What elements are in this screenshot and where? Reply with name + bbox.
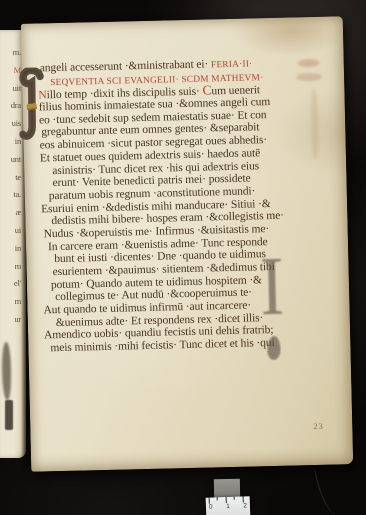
ruler-numbers: 012: [209, 502, 247, 510]
manuscript-page: angeli accesserunt ·&ministrabant ei· FE…: [21, 16, 353, 471]
edge-fragment: el': [1, 275, 21, 293]
edge-fragment: ta.: [1, 186, 21, 204]
edge-fragment: æ: [1, 204, 21, 222]
offset-initial-mark: I: [256, 250, 289, 369]
text-segment: C: [202, 83, 211, 98]
facing-page-ink-mark: [5, 400, 13, 430]
edge-fragment: m: [1, 258, 21, 276]
edge-fragment: in: [1, 133, 21, 151]
ruler-number: 2: [243, 502, 247, 509]
folio-number: 23: [313, 421, 324, 431]
offset-initial-letter: I: [258, 250, 285, 325]
edge-fragment: m: [1, 293, 21, 311]
offset-ink-blob: [267, 336, 281, 360]
edge-fragment: in: [1, 240, 21, 258]
manuscript-photo: m.Muitdrauisinuntteta.æuiinmel'mur angel…: [0, 0, 366, 515]
ruler-number: 1: [226, 503, 230, 510]
cm-ruler-card: 012: [206, 496, 251, 515]
edge-fragment: m.: [1, 44, 21, 62]
edge-fragment: unt: [1, 151, 21, 169]
text-segment: FERIA·II·: [211, 59, 253, 70]
ruler-tick-minor: [234, 497, 235, 500]
facing-page-initial-mark: [2, 342, 11, 400]
ruler-number: 0: [209, 504, 213, 511]
edge-fragment: te: [1, 169, 21, 187]
ruler-tick-minor: [217, 497, 218, 500]
edge-fragment: ur: [1, 311, 21, 329]
edge-fragment: ui: [1, 222, 21, 240]
decorated-initial-I: [18, 67, 46, 146]
text-block: angeli accesserunt ·&ministrabant ei· FE…: [38, 56, 337, 356]
